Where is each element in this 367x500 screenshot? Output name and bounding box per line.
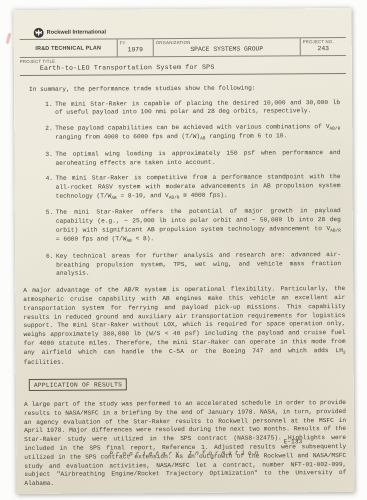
header-form-table: IR&D TECHNICAL PLAN FY 1979 ORGANIZATION… <box>20 37 346 58</box>
list-item: 3. The optimal wing loading is approxima… <box>45 149 342 168</box>
project-title-block: PROJECT TITLE Earth-to-LEO Transportatio… <box>20 57 346 75</box>
logo-line: Rockwell International <box>34 26 346 38</box>
list-item-text: The mini Star-Raker offers the potential… <box>56 207 343 246</box>
list-item-number: 1. <box>45 100 55 118</box>
project-no-label: PROJECT NO. <box>303 39 344 44</box>
list-item-number: 5. <box>46 209 56 246</box>
list-item: 6. Key technical areas for further analy… <box>46 251 343 279</box>
list-item-number: 4. <box>46 175 56 203</box>
fy-label: FY <box>120 40 151 45</box>
list-item: 1. The mini Star-Raker is capable of pla… <box>45 99 342 118</box>
list-item: 4. The mini Star-Raker is competitive fr… <box>46 173 343 202</box>
list-item-text: The mini Star-Raker is competitive from … <box>56 173 343 202</box>
plan-label: IR&D TECHNICAL PLAN <box>35 45 101 51</box>
list-item-number: 6. <box>46 253 56 279</box>
list-item: 5. The mini Star-Raker offers the potent… <box>46 207 343 246</box>
document-page: Rockwell International IR&D TECHNICAL PL… <box>14 8 355 494</box>
summary-list: 1. The mini Star-Raker is capable of pla… <box>45 99 343 280</box>
form-cell-organization: ORGANIZATION SPACE SYSTEMS GROUP <box>153 38 300 56</box>
paragraph-ab-system-advantage: A major advantage of the AB/R system is … <box>23 285 345 367</box>
page-number: E-133 <box>284 438 303 445</box>
form-cell-project-no: PROJECT NO. 243 <box>300 38 346 55</box>
project-no-value: 243 <box>303 45 344 52</box>
form-cell-fy: FY 1979 <box>117 39 153 56</box>
form-cell-plan: IR&D TECHNICAL PLAN <box>20 39 117 57</box>
list-item-number: 2. <box>45 124 55 144</box>
title-underline <box>20 73 346 76</box>
list-item-text: These payload capabilities can be achiev… <box>55 123 342 145</box>
summary-intro: In summary, the performance trade studie… <box>29 84 346 93</box>
company-name: Rockwell International <box>47 29 106 35</box>
list-item-text: The optimal wing loading is approximatel… <box>55 149 342 168</box>
list-item-number: 3. <box>45 151 55 169</box>
list-item-text: The mini Star-Raker is capable of placin… <box>55 99 342 118</box>
list-item: 2. These payload capabilities can be ach… <box>45 123 342 145</box>
scan-background: Rockwell International IR&D TECHNICAL PL… <box>0 0 367 500</box>
project-title: Earth-to-LEO Transportation System for S… <box>40 63 346 72</box>
scan-artifact-mark <box>6 33 12 44</box>
fy-value: 1979 <box>120 46 151 53</box>
rockwell-logo-icon <box>34 28 44 38</box>
header-form: Rockwell International IR&D TECHNICAL PL… <box>20 26 346 75</box>
section-header-application-of-results: APPLICATION OF RESULTS <box>29 379 127 391</box>
list-item-text: Key technical areas for further analysis… <box>56 251 343 279</box>
organization-value: SPACE SYSTEMS GROUP <box>156 45 298 53</box>
